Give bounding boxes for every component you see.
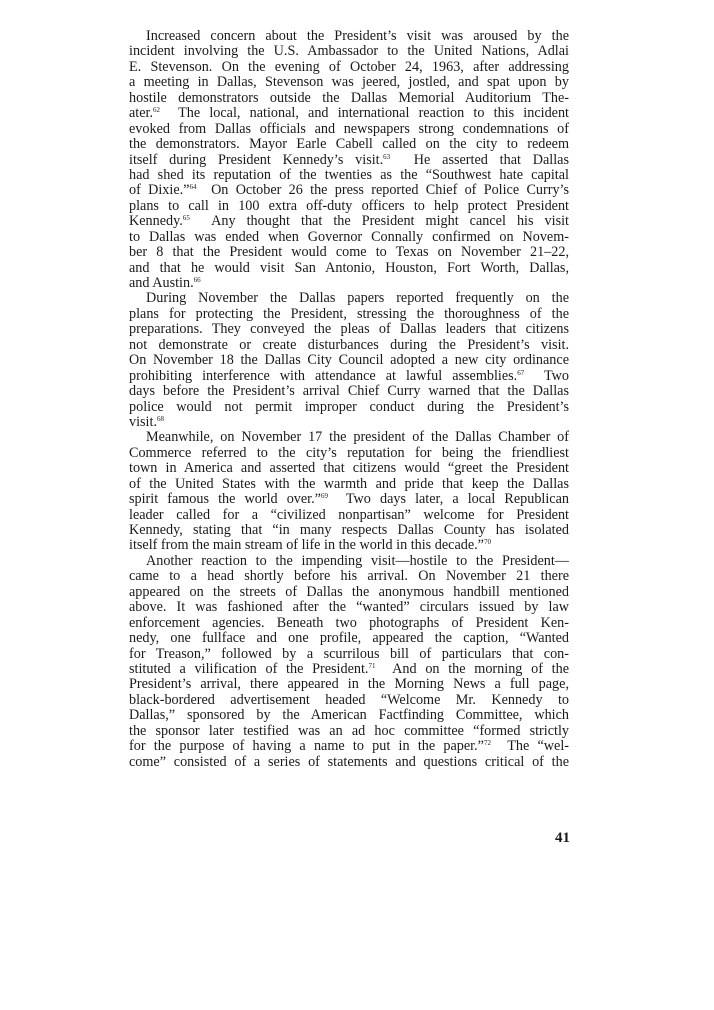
text-line: spirit famous the world over.”69 Two day… [129, 492, 569, 507]
line-text-continued: Two [524, 368, 569, 384]
line-text: ater. [129, 105, 153, 121]
line-text: evoked from Dallas officials and newspap… [129, 121, 569, 137]
line-text: incident involving the U.S. Ambassador t… [129, 43, 569, 59]
line-text-continued: Any thought that the President might can… [190, 213, 569, 229]
line-text-continued: On October 26 the press reported Chief o… [196, 182, 569, 198]
line-text: plans to call in 100 extra off-duty offi… [129, 198, 569, 214]
text-line: for the purpose of having a name to put … [129, 739, 569, 754]
line-text-continued: The “wel- [491, 738, 569, 754]
line-text: of the United States with the warmth and… [129, 476, 569, 492]
line-text: police would not permit improper conduct… [129, 399, 569, 415]
line-text: had shed its reputation of the twenties … [129, 167, 569, 183]
line-text: and Austin. [129, 275, 194, 291]
line-text: nedy, one fullface and one profile, appe… [129, 630, 569, 646]
line-text: Kennedy, stating that “in many respects … [129, 522, 569, 538]
line-text: Increased concern about the President’s … [146, 28, 569, 44]
text-line: the demonstrators. Mayor Earle Cabell ca… [129, 137, 569, 152]
text-line: plans for protecting the President, stre… [129, 307, 569, 322]
text-line: Kennedy, stating that “in many respects … [129, 523, 569, 538]
line-text: During November the Dallas papers report… [146, 290, 569, 306]
text-line: itself during President Kennedy’s visit.… [129, 153, 569, 168]
text-line: and that he would visit San Antonio, Hou… [129, 261, 569, 276]
line-text: On November 18 the Dallas City Council a… [129, 352, 569, 368]
text-line: hostile demonstrators outside the Dallas… [129, 91, 569, 106]
document-page: Increased concern about the President’s … [129, 29, 569, 770]
line-text: for Treason,” followed by a scurrilous b… [129, 646, 569, 662]
line-text: town in America and asserted that citize… [129, 460, 569, 476]
text-line: visit.68 [129, 415, 569, 430]
text-line: itself from the main stream of life in t… [129, 538, 569, 553]
text-line: to Dallas was ended when Governor Connal… [129, 230, 569, 245]
text-line: come” consisted of a series of statement… [129, 755, 569, 770]
line-text: President’s arrival, there appeared in t… [129, 676, 569, 692]
line-text: plans for protecting the President, stre… [129, 306, 569, 322]
line-text: prohibiting interference with attendance… [129, 368, 517, 384]
text-line: a meeting in Dallas, Stevenson was jeere… [129, 75, 569, 90]
line-text: leader called for a “civilized nonpartis… [129, 507, 569, 523]
line-text: days before the President’s arrival Chie… [129, 383, 569, 399]
paragraph: Meanwhile, on November 17 the president … [129, 430, 569, 554]
line-text: Commerce referred to the city’s reputati… [129, 445, 569, 461]
text-line: the sponsor later testified was an ad ho… [129, 724, 569, 739]
text-line: plans to call in 100 extra off-duty offi… [129, 199, 569, 214]
line-text: ber 8 that the President would come to T… [129, 244, 569, 260]
text-line: Kennedy.65 Any thought that the Presiden… [129, 214, 569, 229]
line-text: itself from the main stream of life in t… [129, 537, 484, 553]
text-line: E. Stevenson. On the evening of October … [129, 60, 569, 75]
line-text: for the purpose of having a name to put … [129, 738, 484, 754]
page-number: 41 [548, 830, 570, 847]
paragraph: Increased concern about the President’s … [129, 29, 569, 291]
line-text: the sponsor later testified was an ad ho… [129, 723, 569, 739]
line-text: Meanwhile, on November 17 the president … [146, 429, 569, 445]
paragraph: Another reaction to the impending visit—… [129, 554, 569, 770]
text-line: incident involving the U.S. Ambassador t… [129, 44, 569, 59]
text-line: had shed its reputation of the twenties … [129, 168, 569, 183]
line-text: enforcement agencies. Beneath two photog… [129, 615, 569, 631]
line-text: and that he would visit San Antonio, Hou… [129, 260, 569, 276]
line-text: came to a head shortly before his arriva… [129, 568, 569, 584]
text-line: appeared on the streets of Dallas the an… [129, 585, 569, 600]
text-line: town in America and asserted that citize… [129, 461, 569, 476]
line-text-continued: And on the morning of the [375, 661, 569, 677]
text-line: Another reaction to the impending visit—… [129, 554, 569, 569]
text-line: black-bordered advertisement headed “Wel… [129, 693, 569, 708]
text-line: and Austin.66 [129, 276, 569, 291]
text-line: Meanwhile, on November 17 the president … [129, 430, 569, 445]
paragraph: During November the Dallas papers report… [129, 291, 569, 430]
text-line: came to a head shortly before his arriva… [129, 569, 569, 584]
line-text: not demonstrate or create disturbances d… [129, 337, 569, 353]
text-line: nedy, one fullface and one profile, appe… [129, 631, 569, 646]
text-line: ater.62 The local, national, and interna… [129, 106, 569, 121]
text-line: for Treason,” followed by a scurrilous b… [129, 647, 569, 662]
text-line: Dallas,” sponsored by the American Factf… [129, 708, 569, 723]
text-line: evoked from Dallas officials and newspap… [129, 122, 569, 137]
footnote-reference: 70 [484, 538, 491, 546]
text-line: of the United States with the warmth and… [129, 477, 569, 492]
text-line: leader called for a “civilized nonpartis… [129, 508, 569, 523]
text-line: Increased concern about the President’s … [129, 29, 569, 44]
line-text-continued: Two days later, a local Republican [328, 491, 569, 507]
line-text: Another reaction to the impending visit—… [146, 553, 569, 569]
line-text: stituted a vilification of the President… [129, 661, 368, 677]
line-text: itself during President Kennedy’s visit. [129, 152, 383, 168]
text-line: President’s arrival, there appeared in t… [129, 677, 569, 692]
line-text: Kennedy. [129, 213, 183, 229]
line-text: spirit famous the world over.” [129, 491, 321, 507]
text-line: not demonstrate or create disturbances d… [129, 338, 569, 353]
line-text: above. It was fashioned after the “wante… [129, 599, 569, 615]
text-line: prohibiting interference with attendance… [129, 369, 569, 384]
line-text: black-bordered advertisement headed “Wel… [129, 692, 569, 708]
text-line: Commerce referred to the city’s reputati… [129, 446, 569, 461]
line-text: visit. [129, 414, 157, 430]
footnote-reference: 68 [157, 415, 164, 423]
line-text: a meeting in Dallas, Stevenson was jeere… [129, 74, 569, 90]
text-line: of Dixie.”64 On October 26 the press rep… [129, 183, 569, 198]
line-text: the demonstrators. Mayor Earle Cabell ca… [129, 136, 569, 152]
text-line: On November 18 the Dallas City Council a… [129, 353, 569, 368]
footnote-reference: 66 [194, 276, 201, 284]
line-text: Dallas,” sponsored by the American Factf… [129, 707, 569, 723]
text-line: ber 8 that the President would come to T… [129, 245, 569, 260]
line-text-continued: The local, national, and international r… [160, 105, 569, 121]
line-text: preparations. They conveyed the pleas of… [129, 321, 569, 337]
text-line: above. It was fashioned after the “wante… [129, 600, 569, 615]
line-text: to Dallas was ended when Governor Connal… [129, 229, 569, 245]
footnote-reference: 69 [321, 492, 328, 500]
line-text: appeared on the streets of Dallas the an… [129, 584, 569, 600]
text-line: preparations. They conveyed the pleas of… [129, 322, 569, 337]
footnote-reference: 72 [484, 739, 491, 747]
text-line: enforcement agencies. Beneath two photog… [129, 616, 569, 631]
text-line: During November the Dallas papers report… [129, 291, 569, 306]
footnote-reference: 62 [153, 106, 160, 114]
text-line: stituted a vilification of the President… [129, 662, 569, 677]
footnote-reference: 65 [183, 214, 190, 222]
text-line: police would not permit improper conduct… [129, 400, 569, 415]
line-text: come” consisted of a series of statement… [129, 754, 569, 770]
text-line: days before the President’s arrival Chie… [129, 384, 569, 399]
line-text: hostile demonstrators outside the Dallas… [129, 90, 569, 106]
line-text: of Dixie.” [129, 182, 189, 198]
line-text: E. Stevenson. On the evening of October … [129, 59, 569, 75]
line-text-continued: He asserted that Dallas [390, 152, 569, 168]
